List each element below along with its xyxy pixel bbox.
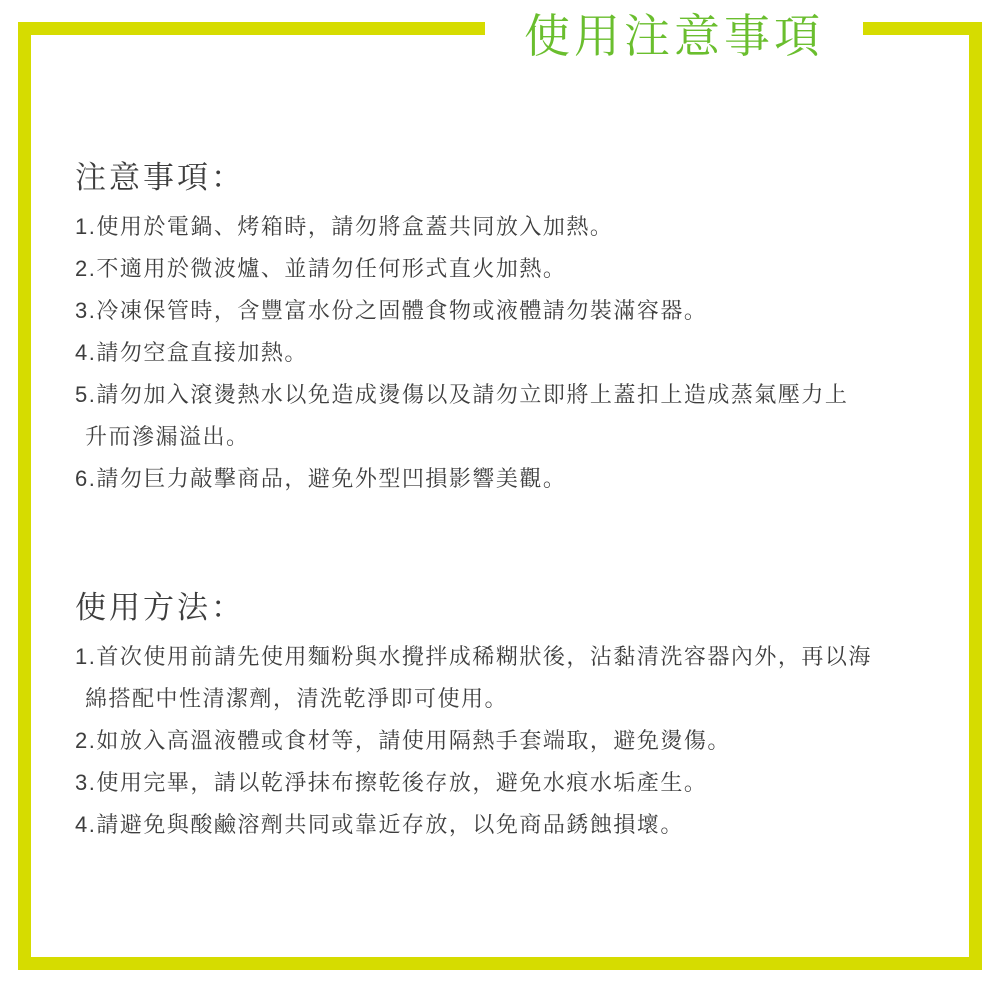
list-item: 1.首次使用前請先使用麵粉與水攪拌成稀糊狀後，沾黏清洗容器內外，再以海 綿搭配中… <box>75 636 915 720</box>
list-item-line: 1.首次使用前請先使用麵粉與水攪拌成稀糊狀後，沾黏清洗容器內外，再以海 <box>75 636 915 678</box>
list-item-line: 4.請避免與酸鹼溶劑共同或靠近存放，以免商品銹蝕損壞。 <box>75 804 915 846</box>
precautions-heading: 注意事項： <box>75 158 915 198</box>
list-item: 3.冷凍保管時，含豐富水份之固體食物或液體請勿裝滿容器。 <box>75 290 915 332</box>
list-item: 2.如放入高溫液體或食材等，請使用隔熱手套端取，避免燙傷。 <box>75 720 915 762</box>
list-item-line: 5.請勿加入滾燙熱水以免造成燙傷以及請勿立即將上蓋扣上造成蒸氣壓力上 <box>75 374 915 416</box>
list-item: 5.請勿加入滾燙熱水以免造成燙傷以及請勿立即將上蓋扣上造成蒸氣壓力上 升而滲漏溢… <box>75 374 915 458</box>
list-item-line: 綿搭配中性清潔劑，清洗乾淨即可使用。 <box>75 678 915 720</box>
usage-notice-page: 使用注意事項 注意事項： 1.使用於電鍋、烤箱時，請勿將盒蓋共同放入加熱。 2.… <box>0 0 1000 1000</box>
section-usage-instructions: 使用方法： 1.首次使用前請先使用麵粉與水攪拌成稀糊狀後，沾黏清洗容器內外，再以… <box>75 588 915 846</box>
list-item-line: 2.不適用於微波爐、並請勿任何形式直火加熱。 <box>75 248 915 290</box>
list-item-line: 3.冷凍保管時，含豐富水份之固體食物或液體請勿裝滿容器。 <box>75 290 915 332</box>
list-item-line: 2.如放入高溫液體或食材等，請使用隔熱手套端取，避免燙傷。 <box>75 720 915 762</box>
list-item: 4.請避免與酸鹼溶劑共同或靠近存放，以免商品銹蝕損壞。 <box>75 804 915 846</box>
content-area: 注意事項： 1.使用於電鍋、烤箱時，請勿將盒蓋共同放入加熱。 2.不適用於微波爐… <box>75 158 915 846</box>
list-item-line: 4.請勿空盒直接加熱。 <box>75 332 915 374</box>
list-item-line: 6.請勿巨力敲擊商品，避免外型凹損影響美觀。 <box>75 458 915 500</box>
section-precautions: 注意事項： 1.使用於電鍋、烤箱時，請勿將盒蓋共同放入加熱。 2.不適用於微波爐… <box>75 158 915 500</box>
list-item: 3.使用完畢，請以乾淨抹布擦乾後存放，避免水痕水垢產生。 <box>75 762 915 804</box>
list-item-line: 1.使用於電鍋、烤箱時，請勿將盒蓋共同放入加熱。 <box>75 206 915 248</box>
list-item: 1.使用於電鍋、烤箱時，請勿將盒蓋共同放入加熱。 <box>75 206 915 248</box>
usage-heading: 使用方法： <box>75 588 915 628</box>
list-item: 6.請勿巨力敲擊商品，避免外型凹損影響美觀。 <box>75 458 915 500</box>
page-title: 使用注意事項 <box>485 10 863 62</box>
list-item-line: 3.使用完畢，請以乾淨抹布擦乾後存放，避免水痕水垢產生。 <box>75 762 915 804</box>
list-item-line: 升而滲漏溢出。 <box>75 416 915 458</box>
list-item: 4.請勿空盒直接加熱。 <box>75 332 915 374</box>
list-item: 2.不適用於微波爐、並請勿任何形式直火加熱。 <box>75 248 915 290</box>
